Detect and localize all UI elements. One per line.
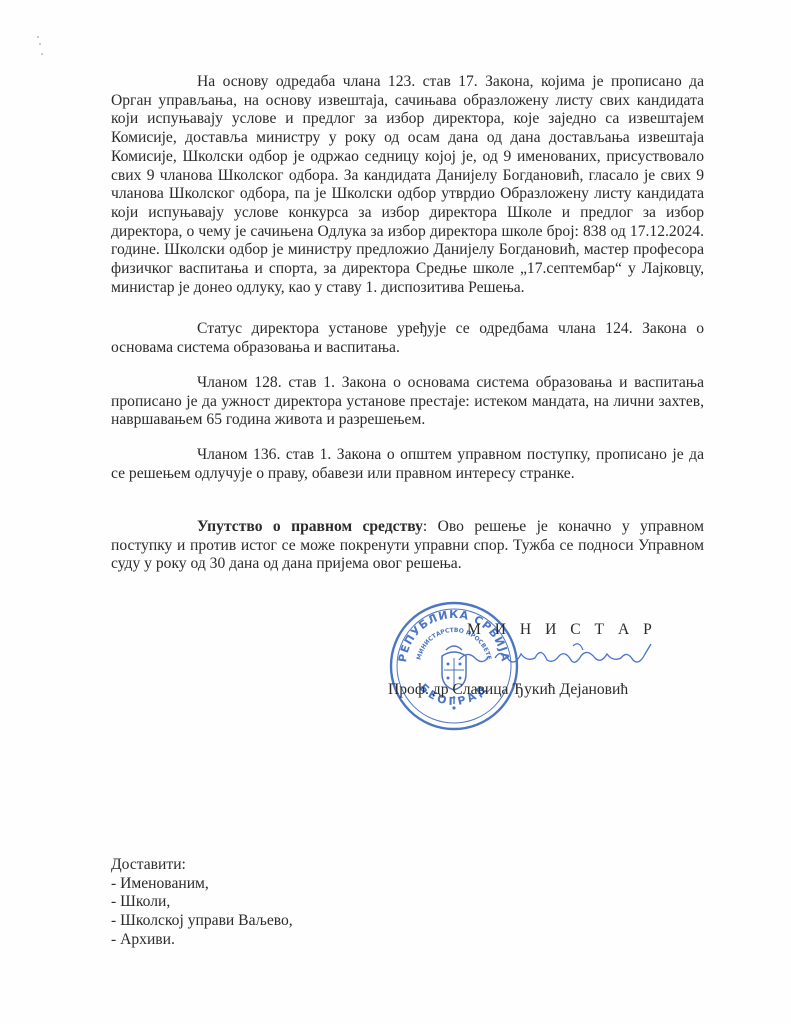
scan-speck [39,43,41,45]
scan-speck [37,36,39,38]
delivery-item: - Архиви. [111,931,293,950]
delivery-list: Доставити: - Именованим, - Школи, - Школ… [111,856,293,950]
paragraph-legal-remedy: Упутство о правном средству: Ово решење … [111,518,704,574]
signature-icon [455,636,665,672]
delivery-heading: Доставити: [111,856,293,875]
delivery-item: - Школи, [111,893,293,912]
delivery-item: - Именованим, [111,875,293,894]
paragraph-director-status: Статус директора установе уређује се одр… [111,320,704,357]
document-page: На основу одредаба члана 123. став 17. З… [0,0,791,1024]
paragraph-term-end: Чланом 128. став 1. Закона о основама си… [111,374,704,430]
paragraph-election-basis: На основу одредаба члана 123. став 17. З… [111,73,704,297]
minister-name: Проф. др Славица Ђукић Дејановић [388,681,628,699]
legal-remedy-heading: Упутство о правном средству [197,518,423,535]
paragraph-administrative-procedure: Чланом 136. став 1. Закона о општем упра… [111,446,704,483]
scan-speck [41,53,43,55]
delivery-item: - Школској управи Ваљево, [111,912,293,931]
